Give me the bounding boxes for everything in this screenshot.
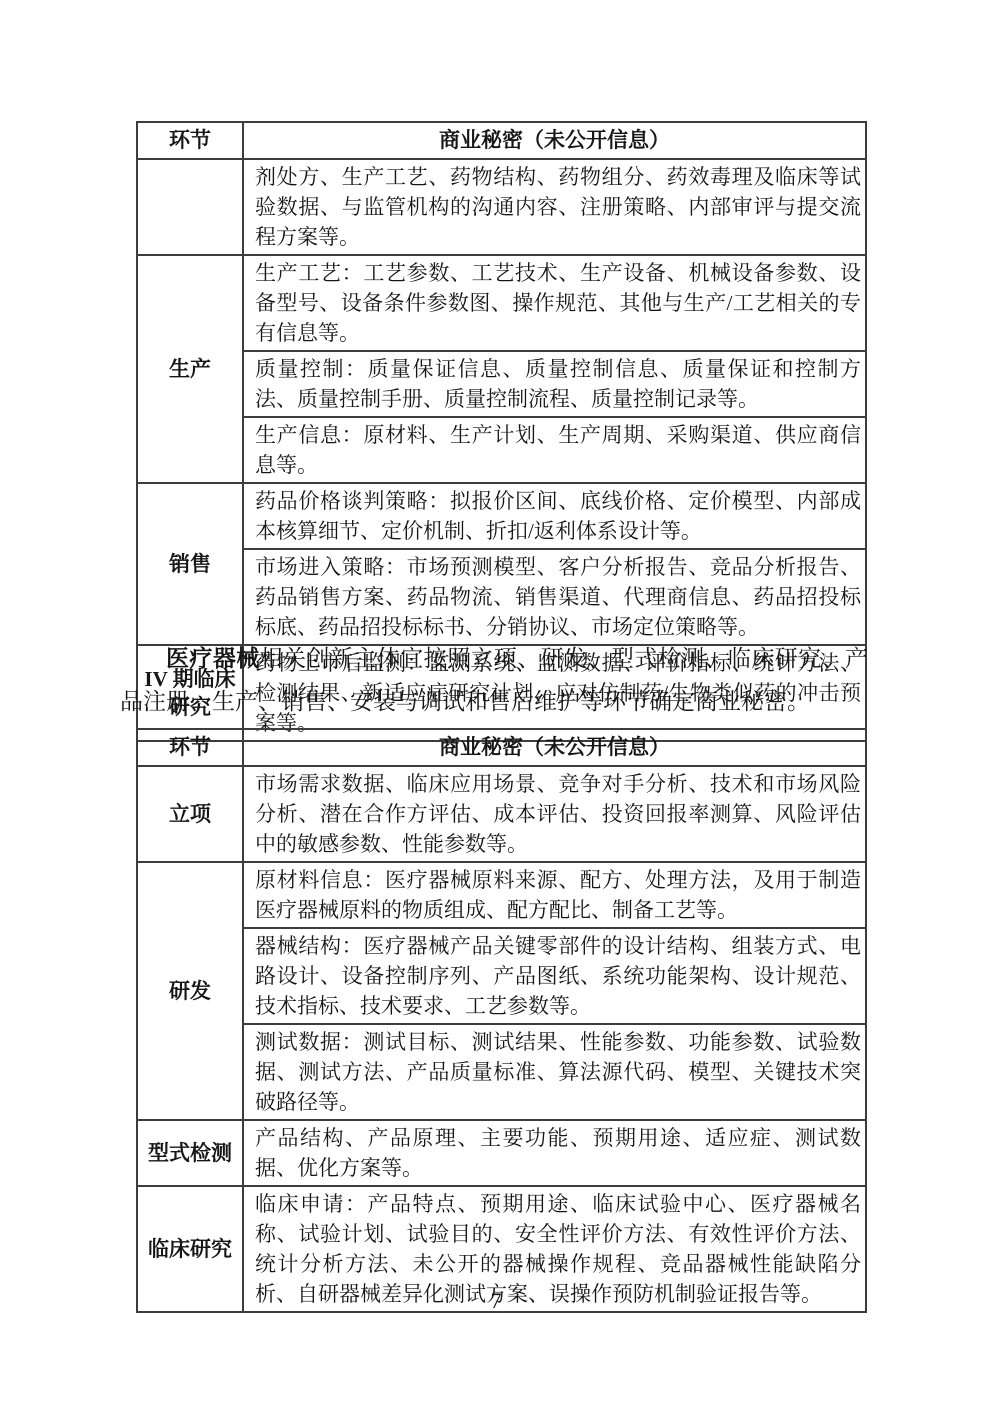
page-number: 7 <box>0 1286 992 1316</box>
table-header-row: 环节 商业秘密（未公开信息） <box>137 122 866 159</box>
secret-cell: 市场需求数据、临床应用场景、竞争对手分析、技术和市场风险分析、潜在合作方评估、成… <box>243 766 866 862</box>
secret-cell: 生产工艺：工艺参数、工艺技术、生产设备、机械设备参数、设备型号、设备条件参数图、… <box>243 255 866 351</box>
table-row: 研发 原材料信息：医疗器械原料来源、配方、处理方法，及用于制造医疗器械原料的物质… <box>137 862 866 928</box>
table-row: 器械结构：医疗器械产品关键零部件的设计结构、组装方式、电路设计、设备控制序列、产… <box>137 928 866 1024</box>
secret-cell: 药品价格谈判策略：拟报价区间、底线价格、定价模型、内部成本核算细节、定价机制、折… <box>243 483 866 549</box>
table-row: 市场进入策略：市场预测模型、客户分析报告、竞品分析报告、药品销售方案、药品物流、… <box>137 549 866 645</box>
secret-cell: 市场进入策略：市场预测模型、客户分析报告、竞品分析报告、药品销售方案、药品物流、… <box>243 549 866 645</box>
secret-cell: 剂处方、生产工艺、药物结构、药物组分、药效毒理及临床等试验数据、与监管机构的沟通… <box>243 159 866 255</box>
stage-cell-rnd: 研发 <box>137 862 243 1120</box>
device-intro-paragraph: 医疗器械相关创新主体宜按照立项、研发、型式检测、临床研究、产品注册、生产、销售、… <box>120 637 868 723</box>
table-row: 剂处方、生产工艺、药物结构、药物组分、药效毒理及临床等试验数据、与监管机构的沟通… <box>137 159 866 255</box>
table-row: 质量控制：质量保证信息、质量控制信息、质量保证和控制方法、质量控制手册、质量控制… <box>137 351 866 417</box>
stage-cell-production: 生产 <box>137 255 243 483</box>
table-row: 测试数据：测试目标、测试结果、性能参数、功能参数、试验数据、测试方法、产品质量标… <box>137 1024 866 1120</box>
stage-column-header: 环节 <box>137 122 243 159</box>
secret-cell: 测试数据：测试目标、测试结果、性能参数、功能参数、试验数据、测试方法、产品质量标… <box>243 1024 866 1120</box>
table-row: 生产 生产工艺：工艺参数、工艺技术、生产设备、机械设备参数、设备型号、设备条件参… <box>137 255 866 351</box>
secret-cell: 器械结构：医疗器械产品关键零部件的设计结构、组装方式、电路设计、设备控制序列、产… <box>243 928 866 1024</box>
stage-cell-sales: 销售 <box>137 483 243 645</box>
table-row: 型式检测 产品结构、产品原理、主要功能、预期用途、适应症、测试数据、优化方案等。 <box>137 1120 866 1186</box>
secret-cell: 质量控制：质量保证信息、质量控制信息、质量保证和控制方法、质量控制手册、质量控制… <box>243 351 866 417</box>
table-row: 立项 市场需求数据、临床应用场景、竞争对手分析、技术和市场风险分析、潜在合作方评… <box>137 766 866 862</box>
secret-cell: 生产信息：原材料、生产计划、生产周期、采购渠道、供应商信息等。 <box>243 417 866 483</box>
secrets-column-header: 商业秘密（未公开信息） <box>243 122 866 159</box>
device-term-bold: 医疗器械 <box>166 646 260 671</box>
stage-cell-empty <box>137 159 243 255</box>
table-row: 生产信息：原材料、生产计划、生产周期、采购渠道、供应商信息等。 <box>137 417 866 483</box>
secrets-column-header: 商业秘密（未公开信息） <box>243 729 866 766</box>
device-secrets-table: 环节 商业秘密（未公开信息） 立项 市场需求数据、临床应用场景、竞争对手分析、技… <box>136 728 867 1313</box>
document-page: 环节 商业秘密（未公开信息） 剂处方、生产工艺、药物结构、药物组分、药效毒理及临… <box>0 0 992 1403</box>
stage-cell-project-initiation: 立项 <box>137 766 243 862</box>
secret-cell: 原材料信息：医疗器械原料来源、配方、处理方法，及用于制造医疗器械原料的物质组成、… <box>243 862 866 928</box>
table-row: 销售 药品价格谈判策略：拟报价区间、底线价格、定价模型、内部成本核算细节、定价机… <box>137 483 866 549</box>
stage-cell-type-testing: 型式检测 <box>137 1120 243 1186</box>
table-header-row: 环节 商业秘密（未公开信息） <box>137 729 866 766</box>
stage-column-header: 环节 <box>137 729 243 766</box>
secret-cell: 产品结构、产品原理、主要功能、预期用途、适应症、测试数据、优化方案等。 <box>243 1120 866 1186</box>
